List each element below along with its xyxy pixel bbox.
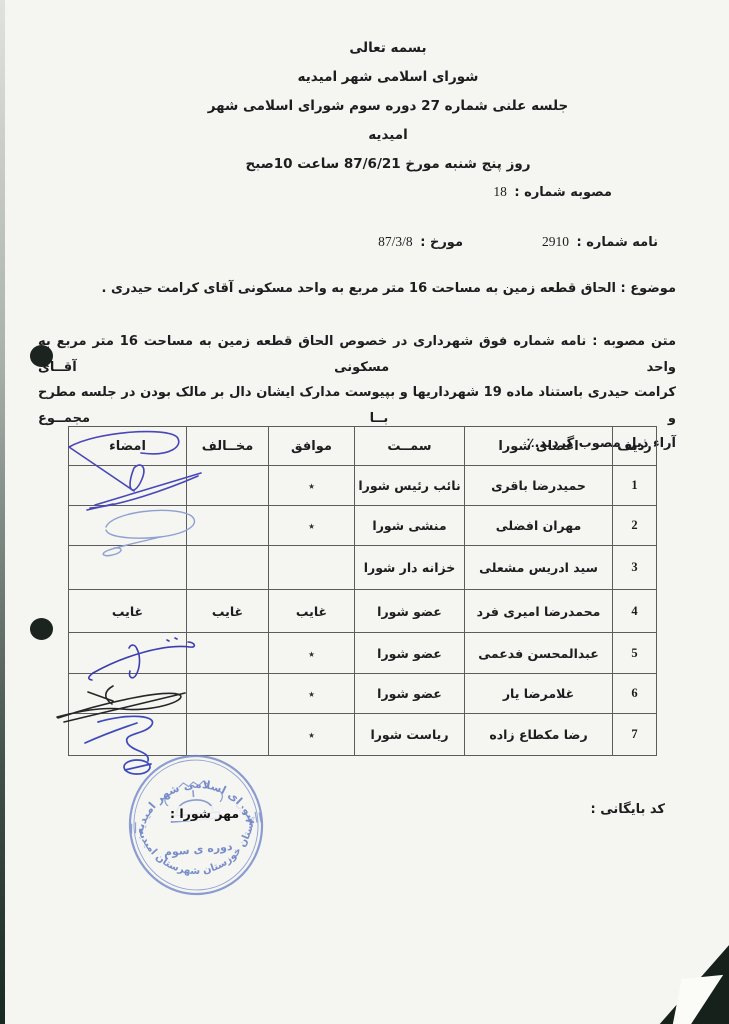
col-header-members: اعضای شورا [465,427,613,466]
cell-position: منشی شورا [355,506,465,546]
archive-code-label: کد بایگانی : [591,802,665,817]
letter-date-value: 87/3/8 [375,234,416,249]
cell-position: ریاست شورا [355,714,465,756]
cell-member-name: مهران افضلی [465,506,613,546]
cell-member-name: غلامرضا یار [465,674,613,714]
table-row: 1 حمیدرضا باقری نائب رئیس شورا ٭ [69,466,657,506]
body-line: متن مصوبه : نامه شماره فوق شهرداری در خص… [38,329,676,380]
resolution-number-value: 18 [490,184,510,199]
cell-position: نائب رئیس شورا [355,466,465,506]
cell-signature [69,674,187,714]
cell-row-number: 1 [613,466,657,506]
cell-row-number: 6 [613,674,657,714]
cell-member-name: حمیدرضا باقری [465,466,613,506]
cell-row-number: 2 [613,506,657,546]
resolution-number-label: مصوبه شماره : [514,185,612,200]
table-row: 5 عبدالمحسن فدعمی عضو شورا ٭ [69,633,657,674]
table-row: 7 رضا مکطاع زاده ریاست شورا ٭ [69,714,657,756]
letter-date-label: مورخ : [420,235,463,250]
cell-agree-mark: غایب [269,590,355,633]
cell-signature: غایب [69,590,187,633]
header-bismillah: بسمه تعالی [188,34,588,63]
cell-disagree [187,546,269,590]
cell-agree-mark: ٭ [269,506,355,546]
col-header-row-number: ردیف [613,427,657,466]
cell-member-name: عبدالمحسن فدعمی [465,633,613,674]
table-header-row: ردیف اعضای شورا سمــت موافق مخــالف امضا… [69,427,657,466]
resolution-number-line: مصوبه شماره : 18 [490,184,612,200]
stamp-top-arc-text: شورای اسلامی شهر امیدیه [128,772,260,836]
letter-number-label: نامه شماره : [577,235,659,250]
header-session-line: جلسه علنی شماره 27 دوره سوم شورای اسلامی… [188,92,588,150]
members-vote-table: ردیف اعضای شورا سمــت موافق مخــالف امضا… [68,426,657,756]
cell-row-number: 4 [613,590,657,633]
col-header-agree: موافق [269,427,355,466]
cell-signature [69,466,187,506]
cell-member-name: محمدرضا امیری فرد [465,590,613,633]
document-header: بسمه تعالی شورای اسلامی شهر امیدیه جلسه … [188,34,588,179]
cell-position: عضو شورا [355,674,465,714]
stamp-center-text: دوره ی سوم [163,840,233,859]
cell-disagree [187,633,269,674]
body-line: کرامت حیدری باستناد ماده 19 شهرداریها و … [38,380,676,431]
cell-position: عضو شورا [355,590,465,633]
table-row: 3 سید ادریس مشعلی خزانه دار شورا [69,546,657,590]
cell-row-number: 7 [613,714,657,756]
col-header-position: سمــت [355,427,465,466]
punch-hole-bottom [30,618,53,640]
letter-date-line: مورخ : 87/3/8 [375,234,463,250]
cell-disagree [187,466,269,506]
council-stamp: شورای اسلامی شهر امیدیه استان خوزستان شه… [120,746,272,904]
cell-agree-mark: ٭ [269,633,355,674]
letter-number-value: 2910 [539,234,572,249]
cell-disagree: غایب [187,590,269,633]
letter-number-line: نامه شماره : 2910 [539,234,658,250]
cell-signature [69,714,187,756]
header-date-line: روز پنج شنبه مورخ 87/6/21 ساعت 10صبح [188,150,588,179]
cell-member-name: رضا مکطاع زاده [465,714,613,756]
table-row: 2 مهران افضلی منشی شورا ٭ [69,506,657,546]
col-header-disagree: مخــالف [187,427,269,466]
cell-agree-mark: ٭ [269,674,355,714]
table-row: 6 غلامرضا یار عضو شورا ٭ [69,674,657,714]
col-header-signature: امضاء [69,427,187,466]
cell-disagree [187,506,269,546]
cell-signature [69,546,187,590]
cell-member-name: سید ادریس مشعلی [465,546,613,590]
cell-agree-mark [269,546,355,590]
cell-disagree [187,674,269,714]
cell-row-number: 5 [613,633,657,674]
cell-agree-mark: ٭ [269,466,355,506]
scanned-document-page: بسمه تعالی شورای اسلامی شهر امیدیه جلسه … [0,0,729,1024]
cell-row-number: 3 [613,546,657,590]
cell-signature [69,633,187,674]
table-row: 4 محمدرضا امیری فرد عضو شورا غایب غایب غ… [69,590,657,633]
header-council-title: شورای اسلامی شهر امیدیه [188,63,588,92]
scan-left-edge-shadow [0,0,5,1024]
stamp-label: مهر شورا : [167,806,242,821]
cell-position: خزانه دار شورا [355,546,465,590]
cell-signature [69,506,187,546]
subject-line: موضوع : الحاق قطعه زمین به مساحت 16 متر … [38,281,676,296]
cell-position: عضو شورا [355,633,465,674]
cell-agree-mark: ٭ [269,714,355,756]
